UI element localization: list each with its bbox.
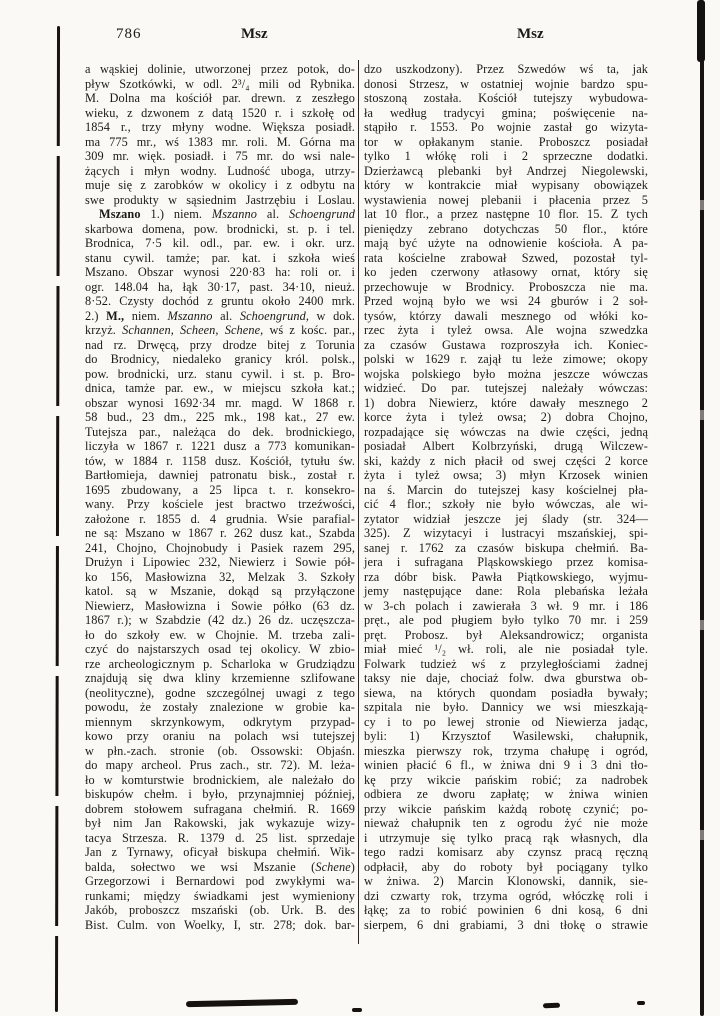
text-line: 1867 r.); w Szabdzie (42 dz.) 26 dz. ucz… [85, 613, 355, 628]
text-line: żących i młyn wodny. Ludność uboga, utrz… [85, 164, 355, 179]
text-line: Mszano. Obszar wynosi 220·83 ha: roli or… [85, 265, 355, 280]
text-line: tylko 1 włókę roli i 2 sprzeczne dodatki… [364, 149, 648, 164]
text-line: kowo przy oraniu na polach wsi tutejszej [85, 729, 355, 744]
left-column: a wąskiej dolinie, utworzonej przez poto… [85, 62, 355, 932]
text-line: 309 mr. więk. posiadł. i 75 mr. do wsi n… [85, 149, 355, 164]
ink-smudge [186, 999, 298, 1007]
text-line: lat 10 flor., a przez następne 10 flor. … [364, 207, 648, 222]
text-line: (neolityczne), godne szczególnej uwagi z… [85, 686, 355, 701]
text-line: pow. brodnicki, urz. stanu cywil. i st. … [85, 367, 355, 382]
ink-smudge [352, 1008, 362, 1012]
text-line: nad rz. Drwęcą, przy drodze bitej z Toru… [85, 338, 355, 353]
text-line: nieważ chałupnik ten z ogrodu żyć nie mo… [364, 816, 648, 831]
text-line: swe produkty w sąsiednim Jastrzębiu i Lo… [85, 193, 355, 208]
running-head-right: Msz [517, 26, 544, 42]
text-line: miał mieć ¹/₂ wł. roli, ale nie posiadał… [364, 642, 648, 657]
text-line: stoszoną została. Kościół tutejszy wybud… [364, 91, 648, 106]
scan-artifact-right-edge-top [697, 0, 705, 62]
text-line: za czasów Gustawa rozproszyła ich. Konie… [364, 338, 648, 353]
text-line: siewa, na których quondam posiadła bywał… [364, 686, 648, 701]
text-line: Brodnica, 7·5 kil. odl., par. ew. i okr.… [85, 236, 355, 251]
text-line: tor w opłakanym stanie. Proboszcz posiad… [364, 135, 648, 150]
text-line: tysów, którzy dawali mesznego od włóki k… [364, 309, 648, 324]
text-line: dzi czwarty rok, trzyma ogród, włóczkę r… [364, 889, 648, 904]
text-line: i utrzymuje się tylko pracą rąk własnych… [364, 831, 648, 846]
ink-smudge [543, 1003, 560, 1009]
text-line: wieku, z dzwonem z datą 1520 r. i szkołę… [85, 106, 355, 121]
text-line: ko 156, Masłowizna 32, Melzak 3. Szkoły [85, 570, 355, 585]
text-line: balda, sołectwo we wsi Mszanie (Schene) [85, 860, 355, 875]
scan-artifact-right-edge [700, 0, 704, 1016]
text-line: rata kościelne zrabował Szwed, pozostał … [364, 251, 648, 266]
text-line: ski, każdy z nich płacił od swej części … [364, 454, 648, 469]
text-line: cić 4 flor.; szkoły nie było wówczas, al… [364, 497, 648, 512]
text-line: jemy następujące dane: Rola plebańska le… [364, 584, 648, 599]
text-line: ogr. 148.04 ha, łąk 30·17, past. 34·10, … [85, 280, 355, 295]
text-line: powodu, że zostały znalezione w grobie k… [85, 700, 355, 715]
text-line: był nim Jan Rakowski, jak wykazuje wizy- [85, 816, 355, 831]
text-line: Drużyn i Lipowiec 232, Niewierz i Sowie … [85, 555, 355, 570]
text-line: 1854 r., trzy młyny wodne. Większa posia… [85, 120, 355, 135]
text-line: w 3-ch polach i zawierała 3 wł. 9 mr. i … [364, 599, 648, 614]
text-line: kę przy wikcie pańskim robić; za nadrobe… [364, 773, 648, 788]
text-line: stanu cywil. tamże; par. kat. i szkoła w… [85, 251, 355, 266]
text-line: żyta i tyleż owsa; 3) młyn Krzosek winie… [364, 468, 648, 483]
text-line: rza dóbr bisk. Pawła Piątkowskiego, wyjm… [364, 570, 648, 585]
text-line: 1695 zbudowany, a 25 lipca t. r. konsekr… [85, 483, 355, 498]
text-line: posiadał Albert Kolbrzyński, drugą Wilcz… [364, 439, 648, 454]
text-line: dnica, tamże par. ew., w miejscu szkoła … [85, 381, 355, 396]
text-line: korce żyta i tyleż owsa; 2) dobra Chojno… [364, 410, 648, 425]
text-line: w żniwa. 2) Marcin Klonowski, dannik, si… [364, 874, 648, 889]
text-line: 8·52. Czysty dochód z gruntu około 2400 … [85, 294, 355, 309]
text-line: cy i to po lewej stronie od Niewierza ja… [364, 715, 648, 730]
text-line: założone r. 1855 d. 4 grudnia. Wsie para… [85, 512, 355, 527]
text-line: w płn.-zach. stronie (ob. Ossowski: Obja… [85, 744, 355, 759]
text-line: wystawienia nowej plebanii i płacenia pr… [364, 193, 648, 208]
scanned-dictionary-page: 786 Msz Msz a wąskiej dolinie, utworzone… [0, 0, 720, 1016]
scan-artifact-left-edge [55, 26, 60, 1012]
text-line: byli: 1) Krzysztof Wasilewski, chałupnik… [364, 729, 648, 744]
text-line: rze archeologicznym p. Scharloka w Grudz… [85, 657, 355, 672]
text-line: który w kontrakcie miał wypisany obowiąz… [364, 178, 648, 193]
text-line: czyć do najstarszych osad tej okolicy. W… [85, 642, 355, 657]
text-line: pieniędzy zebrano dotychczas 50 flor., k… [364, 222, 648, 237]
text-line: runkami; między świadkami jest wymienion… [85, 889, 355, 904]
text-line: Tutejsza par., należąca do dek. brodnick… [85, 425, 355, 440]
text-line: wany. Przy kościele jest bractwo trzeźwo… [85, 497, 355, 512]
text-line: katol. są w Mszanie, dokąd są przyłączon… [85, 584, 355, 599]
text-line: Jakób, proboszcz mszański (ob. Urk. B. d… [85, 903, 355, 918]
text-line: Dzierżawcą plebanki był Andrzej Niegolew… [364, 164, 648, 179]
text-line: do mapy archeol. Prus zach., str. 72). M… [85, 758, 355, 773]
text-line: ła według tradycyi gmina; poświęcenie na… [364, 106, 648, 121]
text-line: winien płacić 6 fl., w żniwa dni 9 i 3 d… [364, 758, 648, 773]
text-line: Folwark tudzież wś z przyległościami żad… [364, 657, 648, 672]
text-line: wojska polskiego było można jeszcze wówc… [364, 367, 648, 382]
text-line: pływ Szotkówki, w odl. 2³/₄ mili od Rybn… [85, 77, 355, 92]
text-line: 2.) M., niem. Mszanno al. Schoengrund, w… [85, 309, 355, 324]
text-line: pręt. Probosz. był Aleksandrowicz; organ… [364, 628, 648, 643]
text-line: skarbowa domena, pow. brodnicki, st. p. … [85, 222, 355, 237]
text-line: tów, w 1884 r. 1158 dusz. Kościół, tytuł… [85, 454, 355, 469]
text-line: sierpem, 6 dni grabiami, 3 dni tłokę o s… [364, 918, 648, 933]
text-line: jera i sufragana Pląskowskiego przez kom… [364, 555, 648, 570]
text-line: biskupów chełm. i było, przynajmniej póź… [85, 787, 355, 802]
text-line: Niewierz, Masłowizna i Sowie półko (63 d… [85, 599, 355, 614]
text-line: szpitala nie było. Dannicy we wsi mieszk… [364, 700, 648, 715]
text-line: taksy nie daje, chociaż folw. dwa gburst… [364, 671, 648, 686]
text-line: do Brodnicy, niedaleko granicy król. pol… [85, 352, 355, 367]
page-number: 786 [116, 26, 142, 42]
text-line: odpłacił, aby do roboty był pociągany ty… [364, 860, 648, 875]
text-line: Grzegorzowi i Bernardowi pod zwykłymi wa… [85, 874, 355, 889]
text-line: 58 bud., 23 dm., 225 mk., 198 kat., 27 e… [85, 410, 355, 425]
text-line: przechowuje w Brodnicy. Proboszcza nie m… [364, 280, 648, 295]
text-line: dobrem stołowem sufragana chełmiń. R. 16… [85, 802, 355, 817]
text-line: obszar wynosi 1692·34 mr. magd. W 1868 r… [85, 396, 355, 411]
text-line: stąpiło r. 1553. Po wojnie zastał go wiz… [364, 120, 648, 135]
text-line: M. Dolna ma kościół par. drewn. z zeszłe… [85, 91, 355, 106]
text-line: 325). Z wizytacyi i lustracyi mszańskiej… [364, 526, 648, 541]
text-line: Przed wojną było we wsi 24 gburów i 2 so… [364, 294, 648, 309]
text-line: a wąskiej dolinie, utworzonej przez poto… [85, 62, 355, 77]
text-line: na ś. Marcin do tutejszej kasy kościelne… [364, 483, 648, 498]
text-line: 241, Chojno, Chojnobudy i Pasiek razem 2… [85, 541, 355, 556]
text-line: polski w 1629 r. zajął tu leże zimowe; o… [364, 352, 648, 367]
text-line: pręt., ale pod pługiem było tylko 70 mr.… [364, 613, 648, 628]
text-line: widzieć. Do par. tutejszej należały wówc… [364, 381, 648, 396]
text-line: rozpadające się wówczas na dwie części, … [364, 425, 648, 440]
right-column: dzo uszkodzony). Przez Szwedów wś ta, ja… [364, 62, 648, 932]
text-line: znajdują się dwa kliny krzemienne szlifo… [85, 671, 355, 686]
running-head-left: Msz [241, 26, 268, 42]
text-line: dzo uszkodzony). Przez Szwedów wś ta, ja… [364, 62, 648, 77]
text-line: tego radzi komisarz aby czynsz pracą ręc… [364, 845, 648, 860]
text-line: ło w komturstwie brodnickiem, ale należa… [85, 773, 355, 788]
column-divider-rule [358, 60, 359, 944]
text-line: mają być użyte na odnowienie kościoła. A… [364, 236, 648, 251]
ink-smudge [637, 1001, 645, 1005]
text-line: odbiera ze dworu zapłatę; w żniwa winien [364, 787, 648, 802]
text-line: przy wikcie pańskim każdą robotę czynić;… [364, 802, 648, 817]
text-line: 1) dobra Niewierz, które dawały mesznego… [364, 396, 648, 411]
text-line: tacya Strzesza. R. 1379 d. 25 list. sprz… [85, 831, 355, 846]
text-line: rzec żyta i tyleż owsa. Ale wojna szwedz… [364, 323, 648, 338]
text-line: ma 775 mr., wś 1383 mr. roli. M. Górna m… [85, 135, 355, 150]
text-line: ło do szkoły ew. w Chojnie. M. trzeba za… [85, 628, 355, 643]
text-line: Mszano 1.) niem. Mszanno al. Schoengrund [85, 207, 355, 222]
text-line: zytator widział jeszcze jej ślady (str. … [364, 512, 648, 527]
text-line: ne są: Mszano w 1867 r. 262 dusz kat., S… [85, 526, 355, 541]
text-line: muje się z zarobków w okolicy i z odbytu… [85, 178, 355, 193]
text-line: liczyła w 1867 r. 1221 dusz a 773 komuni… [85, 439, 355, 454]
text-line: Jan z Tyrnawy, oficyał biskupa chełmiń. … [85, 845, 355, 860]
text-line: krzyż. Schannen, Scheen, Schene, wś z ko… [85, 323, 355, 338]
text-line: donosi Strzesz, w ostatniej wojnie bardz… [364, 77, 648, 92]
text-line: łąkę; za to robić powinien 6 dni kosą, 6… [364, 903, 648, 918]
text-line: Bist. Culm. von Woelky, I, str. 278; dok… [85, 918, 355, 933]
text-line: sanej r. 1762 za czasów biskupa chełmiń.… [364, 541, 648, 556]
text-line: miennym skrzynkowym, odkrytym przypad- [85, 715, 355, 730]
text-line: mieszka pierwszy rok, trzyma chałupę i o… [364, 744, 648, 759]
text-line: Bartłomieja, dawniej patronatu bisk., zo… [85, 468, 355, 483]
text-line: ko jeden czerwony atłasowy ornat, który … [364, 265, 648, 280]
